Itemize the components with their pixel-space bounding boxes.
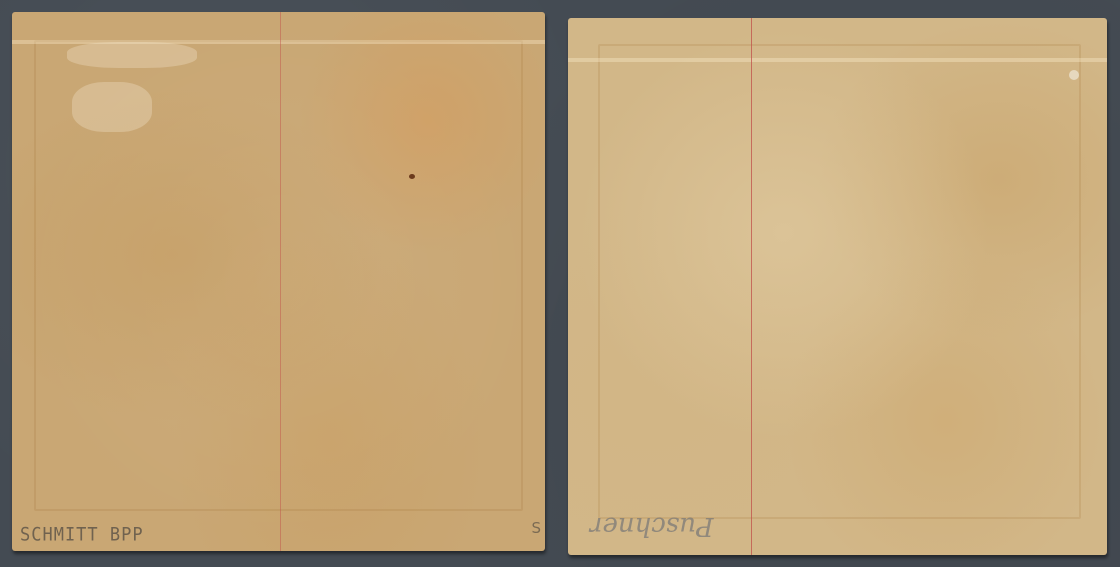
right-stamp-back: Puschner: [568, 18, 1107, 555]
brown-spot: [409, 174, 415, 179]
expert-signature-stamp: SCHMITT BPP: [20, 524, 144, 546]
red-guideline: [751, 18, 752, 555]
pencil-signature: Puschner: [590, 511, 713, 541]
show-through-frame: [598, 44, 1081, 519]
left-stamp-back: SCHMITT BPP S: [12, 12, 545, 551]
light-spot: [1069, 70, 1079, 80]
thin-paper-patch: [72, 82, 152, 132]
thin-paper-patch: [67, 42, 197, 68]
edge-letter-mark: S: [531, 519, 541, 537]
paper-fold-band: [568, 58, 1107, 62]
red-guideline: [280, 12, 281, 551]
